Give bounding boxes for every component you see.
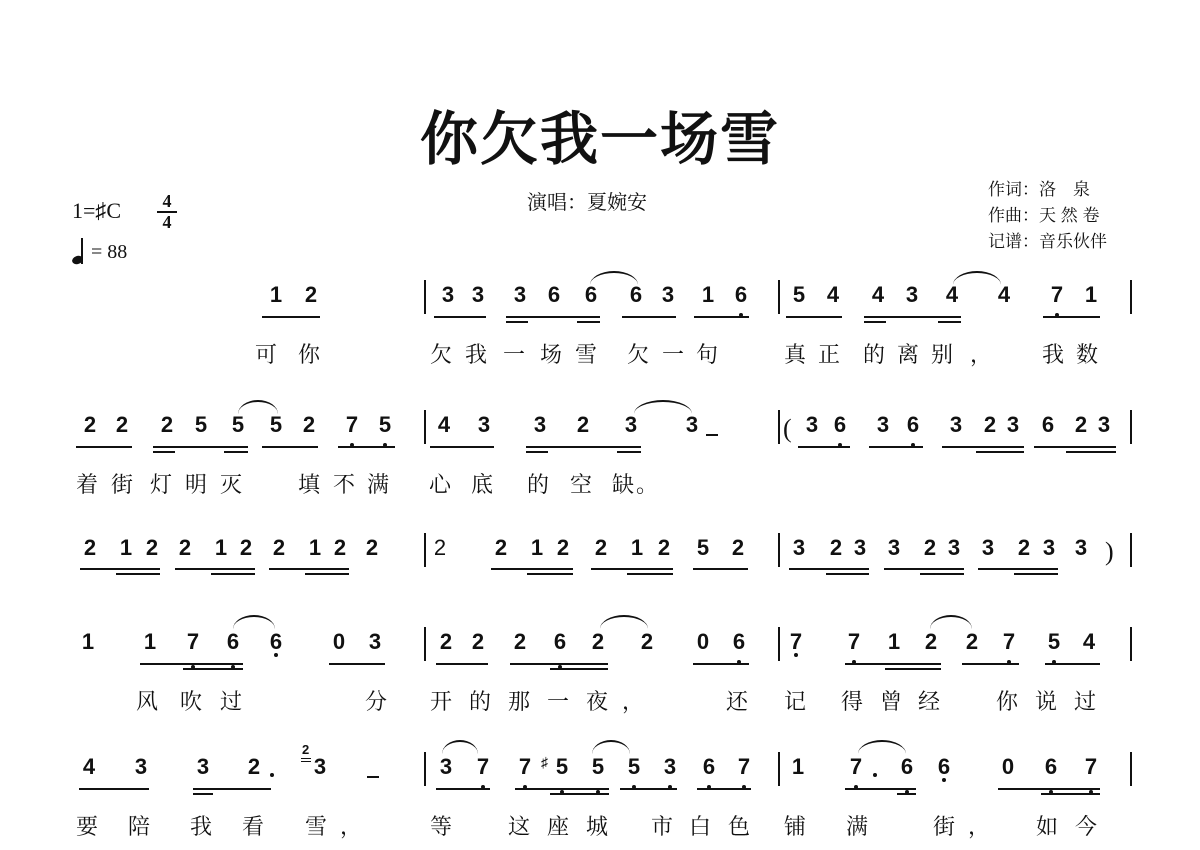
- beam-underline: [193, 788, 271, 790]
- barline: [1130, 533, 1132, 567]
- beam-underline: [436, 663, 488, 665]
- tie-slur: [600, 615, 648, 629]
- beam-underline: [550, 793, 609, 795]
- note: 3: [440, 282, 456, 308]
- beam-underline: [627, 573, 673, 575]
- note: 6: [268, 629, 284, 655]
- note: 3: [476, 412, 492, 438]
- lyric-char: ，: [968, 814, 990, 840]
- lyric-char: 白: [689, 814, 711, 840]
- beam-underline: [262, 446, 318, 448]
- beam-underline: [526, 446, 641, 448]
- note: 6: [731, 629, 747, 655]
- beam-underline: [693, 663, 749, 665]
- lyric-char: 缺: [612, 472, 634, 498]
- lyric-char: 雪: [575, 342, 597, 368]
- lyric-char: ，: [340, 814, 362, 840]
- time-signature-top: 4: [156, 192, 178, 211]
- note: 3: [662, 754, 678, 780]
- lyric-char: 满: [846, 814, 868, 840]
- beam-underline: [491, 568, 573, 570]
- barline: [424, 627, 426, 661]
- barline: [424, 752, 426, 786]
- beam-underline: [183, 668, 243, 670]
- note: 1: [1083, 282, 1099, 308]
- note: 0: [695, 629, 711, 655]
- beam-underline: [697, 788, 751, 790]
- beam-underline: [622, 316, 676, 318]
- lyric-char: 正: [818, 342, 840, 368]
- beam-underline: [527, 573, 573, 575]
- lyric-char: 不: [333, 472, 355, 498]
- lyric-char: 欠: [430, 342, 452, 368]
- beam-underline: [938, 321, 961, 323]
- note: 3: [875, 412, 891, 438]
- beam-underline: [305, 573, 349, 575]
- tie-slur: [442, 740, 478, 754]
- lyric-char: 街: [933, 814, 955, 840]
- beam-underline: [798, 446, 850, 448]
- barline: [778, 533, 780, 567]
- lyric-char: 风: [136, 689, 158, 715]
- beam-underline: [329, 663, 385, 665]
- beam-underline: [436, 788, 490, 790]
- beam-underline: [884, 568, 964, 570]
- lyric-char: 那: [508, 689, 530, 715]
- lyric-char: 的: [863, 342, 885, 368]
- note: 5: [268, 412, 284, 438]
- note: 2: [246, 754, 262, 780]
- note: 2: [238, 535, 254, 561]
- beam-underline: [845, 788, 916, 790]
- beam-underline: [591, 568, 673, 570]
- note: 6: [832, 412, 848, 438]
- lyric-char: 这: [508, 814, 530, 840]
- note: 2: [639, 629, 655, 655]
- note: 2: [159, 412, 175, 438]
- note: 2: [332, 535, 348, 561]
- barline: [778, 752, 780, 786]
- note: 0: [331, 629, 347, 655]
- lyric-char: 吹: [180, 689, 202, 715]
- note: 6: [546, 282, 562, 308]
- beam-underline: [1034, 446, 1116, 448]
- lower-octave-dot: [274, 653, 278, 657]
- note: 6: [701, 754, 717, 780]
- note: 7: [344, 412, 360, 438]
- note: 2: [923, 629, 939, 655]
- lyric-char: 灯: [150, 472, 172, 498]
- interlude-parenthesis: ): [1105, 537, 1114, 567]
- lyric-char: 今: [1075, 814, 1097, 840]
- note: 3: [367, 629, 383, 655]
- note: 3: [660, 282, 676, 308]
- barline: [1130, 627, 1132, 661]
- note: 7: [185, 629, 201, 655]
- lyric-char: 别: [931, 342, 953, 368]
- transcriber-credit: 记谱：音乐伙伴: [988, 229, 1107, 255]
- note: 7: [1001, 629, 1017, 655]
- note: 3: [804, 412, 820, 438]
- note: 3: [195, 754, 211, 780]
- note: 2: [828, 535, 844, 561]
- lyric-char: ，: [970, 342, 992, 368]
- tie-slur: [233, 615, 275, 629]
- barline: [1130, 752, 1132, 786]
- lyric-char: 记: [784, 689, 806, 715]
- credits-block: 作词：洛 泉 作曲：天 然 卷 记谱：音乐伙伴: [988, 177, 1107, 255]
- note: 2: [432, 535, 448, 561]
- lower-octave-dot: [942, 778, 946, 782]
- lyric-char: 的: [469, 689, 491, 715]
- note: 3: [886, 535, 902, 561]
- note: 3: [532, 412, 548, 438]
- note: 5: [193, 412, 209, 438]
- beam-underline: [1045, 663, 1100, 665]
- beam-underline: [897, 793, 916, 795]
- composer-credit: 作曲：天 然 卷: [988, 203, 1107, 229]
- beam-underline: [506, 316, 600, 318]
- note: 5: [377, 412, 393, 438]
- lyric-char: 说: [1035, 689, 1057, 715]
- beam-underline: [338, 446, 395, 448]
- lyric-char: 底: [471, 472, 493, 498]
- lyric-char: 分: [365, 689, 387, 715]
- beam-underline: [869, 446, 923, 448]
- note: 7: [517, 754, 533, 780]
- note: 1: [307, 535, 323, 561]
- beam-underline: [962, 663, 1019, 665]
- note: 3: [946, 535, 962, 561]
- lyric-char: 一: [662, 342, 684, 368]
- note: 3: [1073, 535, 1089, 561]
- lyric-char: 还: [726, 689, 748, 715]
- beam-underline: [885, 668, 941, 670]
- note: 6: [733, 282, 749, 308]
- beam-underline: [153, 451, 175, 453]
- note: 2: [82, 412, 98, 438]
- note: 3: [684, 412, 700, 438]
- note: 2: [656, 535, 672, 561]
- lyric-char: 色: [728, 814, 750, 840]
- note: 7: [846, 629, 862, 655]
- note: 4: [436, 412, 452, 438]
- lyric-char: 经: [918, 689, 940, 715]
- note: 2: [303, 282, 319, 308]
- beam-underline: [864, 321, 886, 323]
- barline: [778, 280, 780, 314]
- note: 2: [82, 535, 98, 561]
- lyric-char: 灭: [220, 472, 242, 498]
- lyric-char: 市: [651, 814, 673, 840]
- song-title: 你欠我一场雪: [0, 92, 1200, 176]
- barline: [424, 410, 426, 444]
- tie-slur: [858, 740, 906, 754]
- lyric-char: 要: [76, 814, 98, 840]
- note: 3: [470, 282, 486, 308]
- lyric-char: 过: [220, 689, 242, 715]
- beam-underline: [430, 446, 494, 448]
- tempo-value: = 88: [91, 241, 127, 264]
- lyric-char: 一: [503, 342, 525, 368]
- note: 1: [629, 535, 645, 561]
- beam-underline: [224, 451, 248, 453]
- time-signature-bottom: 4: [156, 213, 178, 232]
- beam-underline: [789, 568, 869, 570]
- lyric-char: 。: [636, 472, 658, 498]
- note: 7: [1083, 754, 1099, 780]
- beam-underline: [617, 451, 641, 453]
- note: 1: [268, 282, 284, 308]
- beam-underline: [1041, 793, 1100, 795]
- beam-underline: [864, 316, 961, 318]
- beam-underline: [506, 321, 528, 323]
- beam-underline: [620, 788, 677, 790]
- note: 2: [590, 629, 606, 655]
- tie-slur: [592, 740, 630, 754]
- lyric-char: 我: [465, 342, 487, 368]
- note: 2: [1073, 412, 1089, 438]
- note: 1: [790, 754, 806, 780]
- note: 6: [1043, 754, 1059, 780]
- note: 1: [142, 629, 158, 655]
- beam-underline: [269, 568, 349, 570]
- beam-underline: [515, 788, 609, 790]
- note: 3: [312, 754, 328, 780]
- note: 3: [1041, 535, 1057, 561]
- note: 2: [575, 412, 591, 438]
- lyric-char: 离: [897, 342, 919, 368]
- sharp-accidental: ♯: [541, 754, 548, 770]
- barline: [424, 280, 426, 314]
- note: 1: [80, 629, 96, 655]
- lyric-char: 填: [298, 472, 320, 498]
- beam-underline: [80, 568, 160, 570]
- extension-dash: [706, 434, 718, 436]
- beam-underline: [175, 568, 255, 570]
- note: 2: [470, 629, 486, 655]
- beam-underline: [976, 451, 1024, 453]
- lyric-char: 场: [540, 342, 562, 368]
- note: 4: [1081, 629, 1097, 655]
- lyricist-credit: 作词：洛 泉: [988, 177, 1107, 203]
- note: 6: [1040, 412, 1056, 438]
- note: 2: [922, 535, 938, 561]
- lyric-char: 欠: [627, 342, 649, 368]
- note: 4: [825, 282, 841, 308]
- lyric-char: ，: [622, 689, 644, 715]
- note: 7: [736, 754, 752, 780]
- grace-note: 2: [302, 742, 309, 757]
- note: 4: [81, 754, 97, 780]
- note: 6: [936, 754, 952, 780]
- note: 3: [623, 412, 639, 438]
- score-page: 你欠我一场雪 演唱：夏婉安 作词：洛 泉 作曲：天 然 卷 记谱：音乐伙伴 1=…: [0, 0, 1200, 850]
- lyric-char: 我: [190, 814, 212, 840]
- grace-underline: [301, 758, 311, 759]
- singer-credit: 演唱：夏婉安: [527, 186, 647, 215]
- beam-underline: [693, 568, 748, 570]
- lyric-char: 明: [185, 472, 207, 498]
- lyric-char: 满: [367, 472, 389, 498]
- beam-underline: [978, 568, 1058, 570]
- lyric-char: 雪: [305, 814, 327, 840]
- note: 3: [948, 412, 964, 438]
- note: 3: [133, 754, 149, 780]
- note: 5: [554, 754, 570, 780]
- extension-dash: [367, 776, 379, 778]
- note: 3: [438, 754, 454, 780]
- barline: [778, 410, 780, 444]
- lyric-char: 数: [1076, 342, 1098, 368]
- augmentation-dot: [270, 773, 274, 777]
- note: 3: [852, 535, 868, 561]
- tie-slur: [953, 271, 1001, 285]
- note: 4: [944, 282, 960, 308]
- note: 2: [144, 535, 160, 561]
- beam-underline: [153, 446, 248, 448]
- note: 1: [529, 535, 545, 561]
- beam-underline: [577, 321, 600, 323]
- interlude-parenthesis: (: [783, 414, 792, 444]
- lyric-char: 座: [547, 814, 569, 840]
- beam-underline: [262, 316, 320, 318]
- lyric-char: 一: [547, 689, 569, 715]
- lyric-char: 空: [570, 472, 592, 498]
- beam-underline: [76, 446, 132, 448]
- beam-underline: [526, 451, 548, 453]
- lyric-char: 你: [298, 342, 320, 368]
- note: 4: [870, 282, 886, 308]
- note: 3: [1096, 412, 1112, 438]
- beam-underline: [826, 573, 869, 575]
- barline: [1130, 410, 1132, 444]
- note: 6: [628, 282, 644, 308]
- note: 1: [886, 629, 902, 655]
- lyric-char: 句: [696, 342, 718, 368]
- lyric-char: 街: [111, 472, 133, 498]
- barline: [778, 627, 780, 661]
- beam-underline: [694, 316, 749, 318]
- beam-underline: [434, 316, 486, 318]
- beam-underline: [998, 788, 1100, 790]
- beam-underline: [920, 573, 964, 575]
- beam-underline: [1014, 573, 1058, 575]
- note: 3: [980, 535, 996, 561]
- beam-underline: [211, 573, 255, 575]
- barline: [424, 533, 426, 567]
- note: 2: [177, 535, 193, 561]
- beam-underline: [942, 446, 1024, 448]
- note: 5: [791, 282, 807, 308]
- lyric-char: 的: [527, 472, 549, 498]
- lyric-char: 曾: [880, 689, 902, 715]
- time-signature: 4 4: [156, 192, 178, 232]
- note: 6: [225, 629, 241, 655]
- lyric-char: 城: [586, 814, 608, 840]
- beam-underline: [1066, 451, 1116, 453]
- lower-octave-dot: [794, 653, 798, 657]
- note: 2: [301, 412, 317, 438]
- note: 2: [364, 535, 380, 561]
- note: 2: [555, 535, 571, 561]
- note: 2: [593, 535, 609, 561]
- note: 7: [1049, 282, 1065, 308]
- note: 6: [899, 754, 915, 780]
- lyric-char: 可: [255, 342, 277, 368]
- lyric-char: 着: [76, 472, 98, 498]
- note: 2: [438, 629, 454, 655]
- note: 1: [213, 535, 229, 561]
- note: 3: [904, 282, 920, 308]
- lyric-char: 夜: [586, 689, 608, 715]
- beam-underline: [140, 663, 243, 665]
- lyric-char: 等: [430, 814, 452, 840]
- note: 5: [626, 754, 642, 780]
- note: 2: [730, 535, 746, 561]
- note: 3: [791, 535, 807, 561]
- tie-slur: [238, 400, 278, 414]
- lyric-char: 开: [430, 689, 452, 715]
- lyric-char: 看: [242, 814, 264, 840]
- note: 6: [583, 282, 599, 308]
- lyric-char: 过: [1074, 689, 1096, 715]
- lyric-char: 得: [841, 689, 863, 715]
- note: 3: [512, 282, 528, 308]
- note: 4: [996, 282, 1012, 308]
- key-signature: 1=♯C: [72, 198, 121, 224]
- note: 5: [590, 754, 606, 780]
- beam-underline: [550, 668, 608, 670]
- tempo-marking: = 88: [72, 234, 127, 264]
- note: 2: [493, 535, 509, 561]
- note: 1: [700, 282, 716, 308]
- beam-underline: [1043, 316, 1100, 318]
- note: 5: [230, 412, 246, 438]
- note: 6: [905, 412, 921, 438]
- note: 6: [552, 629, 568, 655]
- note: 2: [114, 412, 130, 438]
- note: 2: [271, 535, 287, 561]
- lyric-char: 你: [996, 689, 1018, 715]
- lyric-char: 我: [1042, 342, 1064, 368]
- note: 2: [512, 629, 528, 655]
- note: 5: [695, 535, 711, 561]
- lyric-char: 真: [784, 342, 806, 368]
- note: 7: [475, 754, 491, 780]
- beam-underline: [116, 573, 160, 575]
- lyric-char: 如: [1036, 814, 1058, 840]
- note: 2: [964, 629, 980, 655]
- note: 2: [1016, 535, 1032, 561]
- beam-underline: [845, 663, 941, 665]
- note: 1: [118, 535, 134, 561]
- lyric-char: 陪: [128, 814, 150, 840]
- tie-slur: [590, 271, 638, 285]
- beam-underline: [510, 663, 608, 665]
- note: 3: [1005, 412, 1021, 438]
- note: 0: [1000, 754, 1016, 780]
- augmentation-dot: [873, 773, 877, 777]
- barline: [1130, 280, 1132, 314]
- tie-slur: [930, 615, 972, 629]
- note: 5: [1046, 629, 1062, 655]
- beam-underline: [79, 788, 149, 790]
- note: 7: [788, 629, 804, 655]
- lyric-char: 铺: [784, 814, 806, 840]
- beam-underline: [786, 316, 842, 318]
- lyric-char: 心: [429, 472, 451, 498]
